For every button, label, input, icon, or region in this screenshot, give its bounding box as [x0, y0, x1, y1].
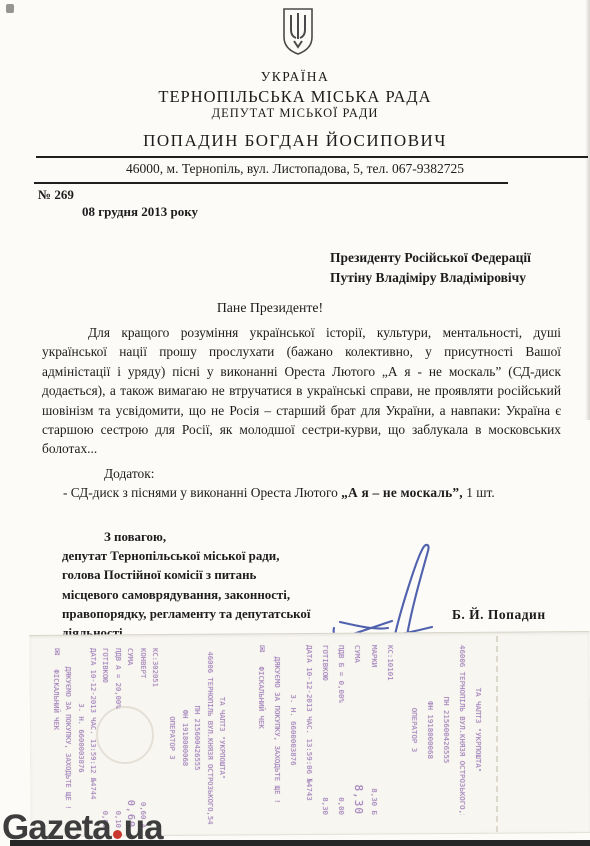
- receipt-row: 46006 ТЕРНОПІЛЬ ВУЛ.КНЯЗЯ ОСТРОЗЬКОГО,54: [454, 645, 470, 815]
- letter-date: 08 грудня 2013 року: [82, 204, 198, 220]
- receipt-row: З. Н. 6600003876: [74, 648, 86, 828]
- receipt-row: ДЯКУЄМО ЗА ПОКУПКУ, ЗАХОДЬТЕ ЩЕ !: [62, 648, 74, 828]
- horizontal-rule-bottom: [34, 182, 508, 184]
- receipt-row: ✉ФІСКАЛЬНИЙ ЧЕК: [253, 645, 269, 815]
- letterhead-council: ТЕРНОПІЛЬСЬКА МІСЬКА РАДА: [0, 87, 590, 107]
- salutation: Пане Президенте!: [120, 300, 420, 316]
- attachment-item-prefix: - СД-диск з піснями у виконанні Ореста Л…: [63, 485, 341, 500]
- letter-body: Для кращого розуміння української історі…: [42, 323, 561, 459]
- postal-receipt-envelope: ТА ЧАПТЗ "УКРПОШТА"46006 ТЕРНОПІЛЬ ВУЛ.К…: [48, 648, 228, 828]
- attachment-item-quoted: „А я – не москаль”,: [341, 485, 463, 500]
- receipt-row: КС:302051: [149, 648, 161, 828]
- receipt-row: ДАТА 10-12-2013 ЧАС. 13:59:06 №4743: [301, 645, 317, 815]
- receipt-row: ПДВ Б = 0,00%0,00: [333, 645, 349, 815]
- letterhead-address: 46000, м. Тернопіль, вул. Листопадова, 5…: [0, 161, 590, 177]
- receipt-row: ГОТІВКОЮ8,30: [317, 645, 333, 815]
- receipt-row: МАРКИ8,30 Б: [366, 645, 382, 815]
- receipt-row: ✉ФІСКАЛЬНИЙ ЧЕК: [49, 648, 61, 828]
- watermark-red-dot-icon: [113, 830, 122, 839]
- receipt-row: ПДВ А = 20,00%0,10: [111, 648, 123, 828]
- letterhead-country: УКРАЇНА: [0, 69, 590, 85]
- receipt-row: ДАТА 10-12-2013 ЧАС. 13:59:12 №4744: [87, 648, 99, 828]
- letterhead-deputy-name: ПОПАДИН БОГДАН ЙОСИПОВИЧ: [0, 131, 590, 151]
- attachment-item-suffix: 1 шт.: [463, 485, 495, 500]
- receipt-row: СУМА0,60: [124, 648, 136, 828]
- ukraine-trident-emblem-icon: [281, 7, 315, 62]
- receipt-row: ОПЕРАТОР 3: [406, 645, 422, 815]
- letterhead-role: ДЕПУТАТ МІСЬКОЇ РАДИ: [0, 106, 590, 121]
- recipient-line-1: Президенту Російської Федерації: [330, 248, 531, 268]
- watermark-suffix: ua: [124, 808, 163, 846]
- gazeta-watermark: Gazeta ua: [2, 808, 163, 846]
- scan-edge-shadow: [585, 0, 590, 420]
- receipt-row: ПН 215600426555: [438, 645, 454, 815]
- receipt-row: КС:10101: [382, 645, 398, 815]
- horizontal-rule-top: [36, 156, 588, 158]
- receipt-row: ГОТІВКОЮ0,60: [99, 648, 111, 828]
- receipt-row: 46006 ТЕРНОПІЛЬ ВУЛ.КНЯЗЯ ОСТРОЗЬКОГО,54: [203, 648, 215, 828]
- receipt-row: ДЯКУЄМО ЗА ПОКУПКУ, ЗАХОДЬТЕ ЩЕ !: [269, 645, 285, 815]
- recipient-block: Президенту Російської Федерації Путіну В…: [330, 248, 531, 287]
- receipt-row: ТА ЧАПТЗ "УКРПОШТА": [470, 645, 486, 815]
- receipt-row: З. Н. 6600003876: [285, 645, 301, 815]
- attachment-label: Додаток:: [104, 466, 154, 482]
- ukrposhta-logo-icon: ✉: [256, 645, 266, 653]
- signatory-name: Б. Й. Попадин: [452, 607, 546, 623]
- receipt-row: ТА ЧАПТЗ "УКРПОШТА": [216, 648, 228, 828]
- attachment-item: - СД-диск з піснями у виконанні Ореста Л…: [63, 485, 495, 501]
- receipt-row: ФН 1918000068: [178, 648, 190, 828]
- ukrposhta-logo-icon: ✉: [51, 648, 61, 656]
- receipt-perforation-edge: [496, 636, 498, 832]
- watermark-brand: Gazeta: [2, 808, 111, 846]
- receipt-row: ПН 215600426555: [191, 648, 203, 828]
- letter-number: № 269: [38, 187, 74, 203]
- scan-artifact-speck: [6, 4, 14, 13]
- scanned-letter-page: УКРАЇНА ТЕРНОПІЛЬСЬКА МІСЬКА РАДА ДЕПУТА…: [0, 0, 590, 846]
- receipt-row: КОНВЕРТ0,60 А: [136, 648, 148, 828]
- receipt-row: СУМА8,30: [349, 645, 366, 815]
- receipt-row: ОПЕРАТОР 3: [166, 648, 178, 828]
- postal-receipt-stamps: ТА ЧАПТЗ "УКРПОШТА"46006 ТЕРНОПІЛЬ ВУЛ.К…: [248, 645, 486, 815]
- receipt-row: ФН 1918000068: [422, 645, 438, 815]
- recipient-line-2: Путіну Владіміру Владіміровічу: [330, 268, 531, 288]
